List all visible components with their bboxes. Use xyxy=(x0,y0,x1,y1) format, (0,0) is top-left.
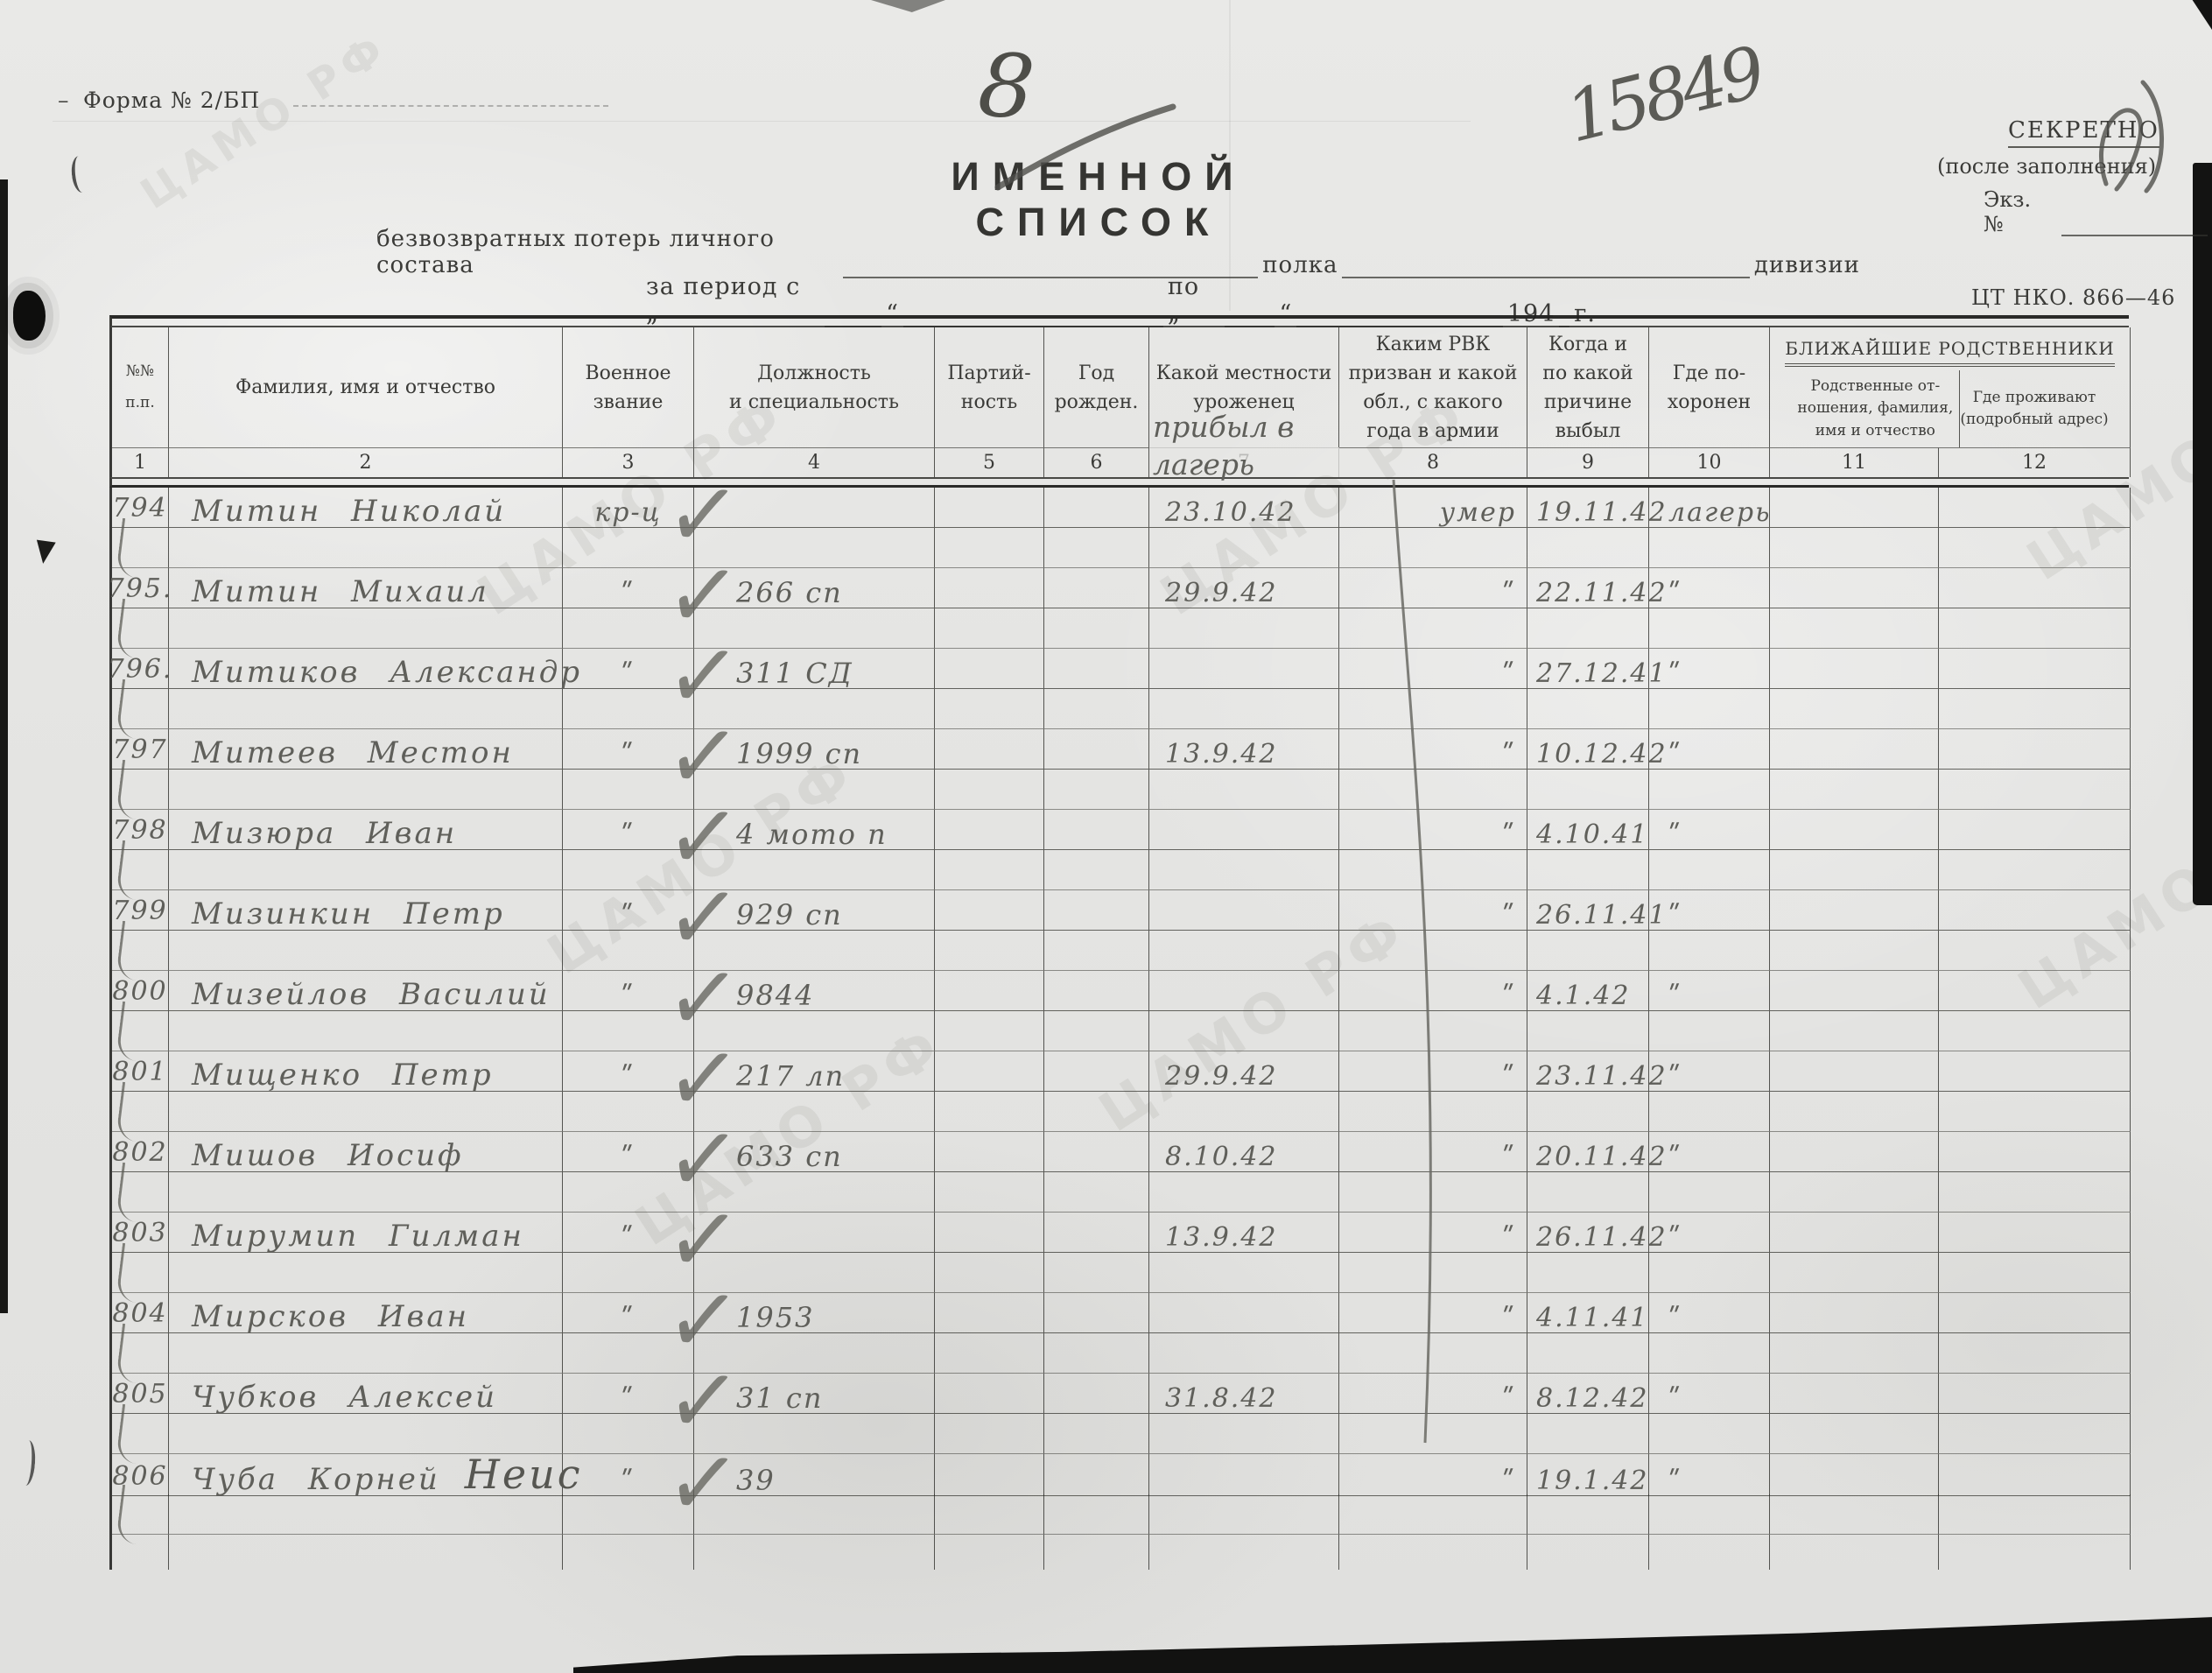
column-header: Где проживают (подробный адрес) xyxy=(1960,370,2108,447)
loss-date-cell: 10.12.42 xyxy=(1527,729,1649,770)
empty-cell xyxy=(563,1172,694,1213)
military-rank: ʺ xyxy=(621,983,636,1010)
empty-cell xyxy=(1649,931,1770,971)
unit-number-cell: 9844 xyxy=(694,971,935,1011)
party-cell-cell xyxy=(935,1454,1044,1496)
loss-date-cell: 4.10.41 xyxy=(1527,810,1649,850)
unit-number: 929 сп xyxy=(736,901,843,930)
unit-number: 39 xyxy=(736,1466,776,1495)
soldier-name: Мишов Иосиф xyxy=(192,1141,464,1171)
ruled-blank-row xyxy=(109,1253,2129,1293)
military-rank: ʺ xyxy=(621,1468,636,1495)
empty-cell xyxy=(1149,1414,1339,1454)
soldier-name: Мирумип Гилман xyxy=(192,1221,524,1252)
empty-cell xyxy=(1149,689,1339,729)
soldier-name-cell: Митин Михаил xyxy=(169,568,563,608)
scan-edge-right xyxy=(2193,163,2212,905)
empty-cell xyxy=(1939,1535,2131,1570)
column-header-label: Когда и по какой причине выбыл xyxy=(1542,330,1633,446)
empty-cell xyxy=(935,1172,1044,1213)
empty-cell xyxy=(169,1414,563,1454)
arrival-date-cell: 13.9.42 xyxy=(1149,1213,1339,1253)
ruled-blank-row xyxy=(109,1494,2129,1535)
empty-cell xyxy=(1339,1011,1527,1051)
cause-of-loss-cell: ʺ xyxy=(1339,1132,1527,1172)
military-rank: ʺ xyxy=(621,1225,636,1252)
empty-cell xyxy=(1149,1253,1339,1293)
empty-cell xyxy=(1149,931,1339,971)
empty-cell xyxy=(1149,850,1339,890)
soldier-name-cell: Мирумип Гилман xyxy=(169,1213,563,1253)
birth-year-cell-cell xyxy=(1044,971,1149,1011)
table-row: 803Мирумип Гилманʺ✓13.9.42ʺ26.11.42ʺ xyxy=(109,1213,2129,1253)
burial-place: ʺ xyxy=(1668,822,1682,849)
ruled-blank-row xyxy=(109,1092,2129,1132)
empty-cell xyxy=(1527,1011,1649,1051)
empty-cell xyxy=(1527,770,1649,810)
ruled-blank-row xyxy=(109,689,2129,729)
empty-cell xyxy=(935,1414,1044,1454)
relative-name-cell-cell xyxy=(1770,649,1939,689)
birth-year-cell-cell xyxy=(1044,649,1149,689)
military-rank: ʺ xyxy=(621,1064,636,1091)
relative-address-cell-cell xyxy=(1939,1213,2131,1253)
column-number: 11 xyxy=(1770,447,1939,477)
blank-line xyxy=(2061,229,2208,236)
empty-cell xyxy=(694,1092,935,1132)
column-number: 8 xyxy=(1339,447,1527,477)
empty-cell xyxy=(169,1172,563,1213)
relative-address-cell-cell xyxy=(1939,1454,2131,1496)
table-row: 797Митеев Местонʺ✓1999 сп13.9.42ʺ10.12.4… xyxy=(109,729,2129,770)
burial-place-cell: ʺ xyxy=(1649,729,1770,770)
loss-date: 22.11.42 xyxy=(1536,580,1668,608)
soldier-name-cell: Митин Николай xyxy=(169,488,563,528)
losses-table: №№ п.п.Фамилия, имя и отчествоВоенное зв… xyxy=(109,315,2129,1570)
military-rank-cell: ʺ✓ xyxy=(563,971,694,1011)
secret-stamp-subtext: (после заполнения) xyxy=(1937,154,2156,179)
empty-cell xyxy=(1770,1333,1939,1374)
form-code: ЦТ НКО. 866—46 xyxy=(1971,285,2175,310)
empty-cell xyxy=(169,689,563,729)
empty-cell xyxy=(563,1092,694,1132)
party-cell-cell xyxy=(935,810,1044,850)
party-cell-cell xyxy=(935,1293,1044,1333)
relative-address-cell-cell xyxy=(1939,729,2131,770)
burial-place-cell: ʺ xyxy=(1649,1132,1770,1172)
empty-cell xyxy=(935,689,1044,729)
empty-cell xyxy=(694,1253,935,1293)
column-number: 6 xyxy=(1044,447,1149,477)
burial-place-cell: ʺ xyxy=(1649,649,1770,689)
empty-cell xyxy=(1149,528,1339,568)
empty-cell xyxy=(169,1535,563,1570)
empty-cell xyxy=(1649,1535,1770,1570)
empty-cell xyxy=(1044,1253,1149,1293)
empty-cell xyxy=(563,528,694,568)
empty-cell xyxy=(1649,608,1770,649)
arrival-date-cell: 29.9.42 xyxy=(1149,568,1339,608)
loss-date-cell: 4.11.41 xyxy=(1527,1293,1649,1333)
unit-number-cell: 1999 сп xyxy=(694,729,935,770)
burial-place: ʺ xyxy=(1668,1064,1682,1091)
birth-year-cell-cell xyxy=(1044,890,1149,931)
birth-year-cell-cell xyxy=(1044,568,1149,608)
dotted-rule xyxy=(293,84,608,107)
relative-address-cell-cell xyxy=(1939,1374,2131,1414)
soldier-name: Мирсков Иван xyxy=(192,1302,469,1332)
burial-place-cell: ʺ xyxy=(1649,568,1770,608)
birth-year-cell-cell xyxy=(1044,1454,1149,1496)
empty-cell xyxy=(169,1253,563,1293)
table-row: 805Чубков Алексейʺ✓31 сп31.8.42ʺ8.12.42ʺ xyxy=(109,1374,2129,1414)
burial-place-cell: ʺ xyxy=(1649,890,1770,931)
column-number: 4 xyxy=(694,447,935,477)
cause-of-loss-cell: ʺ xyxy=(1339,1374,1527,1414)
row-number-cell: 798 xyxy=(112,810,169,850)
party-cell-cell xyxy=(935,649,1044,689)
empty-cell xyxy=(563,931,694,971)
column-number: 12 xyxy=(1939,447,2131,477)
handwritten-page-number: 8 xyxy=(975,33,1038,139)
column-header: Военное звание xyxy=(563,327,694,447)
arrival-date-cell xyxy=(1149,810,1339,850)
empty-cell xyxy=(1770,528,1939,568)
empty-cell xyxy=(563,1011,694,1051)
relative-address-cell-cell xyxy=(1939,1051,2131,1092)
table-row: 806Чуба КорнейНеисʺ✓39ʺ19.1.42ʺ xyxy=(109,1454,2129,1494)
ruled-blank-row xyxy=(109,850,2129,890)
row-number-cell: 803 xyxy=(112,1213,169,1253)
cause-of-loss: ʺ xyxy=(1502,903,1516,930)
empty-cell xyxy=(563,689,694,729)
column-header: Год рожден. xyxy=(1044,327,1149,447)
loss-date-cell: 8.12.42 xyxy=(1527,1374,1649,1414)
empty-cell xyxy=(1527,931,1649,971)
empty-cell xyxy=(1527,1494,1649,1535)
empty-cell xyxy=(1044,608,1149,649)
soldier-name: Мизейлов Василий xyxy=(192,980,551,1010)
empty-cell xyxy=(694,1494,935,1535)
relative-name-cell-cell xyxy=(1770,890,1939,931)
empty-cell xyxy=(1044,1092,1149,1132)
empty-cell xyxy=(1527,1414,1649,1454)
military-rank-cell: ʺ✓ xyxy=(563,1051,694,1092)
table-row: 802Мишов Иосифʺ✓633 сп8.10.42ʺ20.11.42ʺ xyxy=(109,1132,2129,1172)
ruled-blank-row xyxy=(109,1414,2129,1454)
military-rank: ʺ xyxy=(621,580,636,608)
empty-cell xyxy=(1770,1494,1939,1535)
row-number-cell: 804 xyxy=(112,1293,169,1333)
empty-cell xyxy=(563,770,694,810)
cause-of-loss-cell: ʺ xyxy=(1339,649,1527,689)
party-cell-cell xyxy=(935,568,1044,608)
empty-cell xyxy=(694,931,935,971)
burial-place: ʺ xyxy=(1668,580,1682,608)
empty-cell xyxy=(169,608,563,649)
cause-of-loss: ʺ xyxy=(1502,1468,1516,1495)
military-rank: ʺ xyxy=(621,822,636,849)
soldier-name-cell: Чубков Алексей xyxy=(169,1374,563,1414)
empty-cell xyxy=(935,1092,1044,1132)
relative-address-cell-cell xyxy=(1939,568,2131,608)
copy-number-label: Экз. № xyxy=(1984,187,2057,236)
empty-cell xyxy=(694,1172,935,1213)
relatives-subheaders: Родственные от- ношения, фамилия, имя и … xyxy=(1791,370,2108,447)
cause-of-loss: ʺ xyxy=(1502,1064,1516,1091)
soldier-name: Мизинкин Петр xyxy=(192,899,505,930)
soldier-name-cell: Мишов Иосиф xyxy=(169,1132,563,1172)
relative-address-cell-cell xyxy=(1939,810,2131,850)
empty-cell xyxy=(1044,1011,1149,1051)
cause-of-loss-cell: ʺ xyxy=(1339,1293,1527,1333)
arrival-date: 23.10.42 xyxy=(1165,500,1296,527)
column-header: Партий- ность xyxy=(935,327,1044,447)
empty-cell xyxy=(1939,770,2131,810)
empty-cell xyxy=(1649,528,1770,568)
column-number: 3 xyxy=(563,447,694,477)
soldier-name-cell: Чуба КорнейНеис xyxy=(169,1454,563,1496)
empty-cell xyxy=(1527,1253,1649,1293)
empty-cell xyxy=(563,1414,694,1454)
military-rank: ʺ xyxy=(621,1386,636,1413)
burial-place: ʺ xyxy=(1668,983,1682,1010)
empty-cell xyxy=(1770,850,1939,890)
paper-fold-mark xyxy=(18,1439,37,1486)
arrival-date-cell: 13.9.42 xyxy=(1149,729,1339,770)
relatives-group-title: БЛИЖАЙШИЕ РОДСТВЕННИКИ xyxy=(1785,338,2114,367)
empty-cell xyxy=(1339,1172,1527,1213)
table-row: 801Мищенко Петрʺ✓217 лп29.9.42ʺ23.11.42ʺ xyxy=(109,1051,2129,1092)
cause-of-loss: ʺ xyxy=(1502,822,1516,849)
unit-number-cell: 217 лп xyxy=(694,1051,935,1092)
relative-name-cell-cell xyxy=(1770,1293,1939,1333)
subtitle-text: безвозвратных потерь личного состава xyxy=(376,226,839,278)
empty-cell xyxy=(1149,1011,1339,1051)
empty-cell xyxy=(1649,689,1770,729)
burial-place: ʺ xyxy=(1668,661,1682,688)
table-row: 795.Митин Михаилʺ✓266 сп29.9.42ʺ22.11.42… xyxy=(109,568,2129,608)
loss-date: 26.11.41 xyxy=(1536,903,1668,930)
burial-place: лагерь xyxy=(1668,500,1771,527)
empty-cell xyxy=(694,689,935,729)
soldier-name-cell: Митеев Местон xyxy=(169,729,563,770)
cause-of-loss-cell: ʺ xyxy=(1339,1454,1527,1496)
empty-cell xyxy=(1939,850,2131,890)
relative-name-cell-cell xyxy=(1770,1213,1939,1253)
soldier-name: Мищенко Петр xyxy=(192,1060,494,1091)
copy-number-line: Экз. № xyxy=(1984,187,2212,236)
table-row: 799Мизинкин Петрʺ✓929 спʺ26.11.41ʺ xyxy=(109,890,2129,931)
cause-of-loss: ʺ xyxy=(1502,742,1516,769)
empty-cell xyxy=(1339,1494,1527,1535)
paper-tear-mark xyxy=(33,540,55,566)
empty-cell xyxy=(1649,1494,1770,1535)
relative-address-cell-cell xyxy=(1939,1132,2131,1172)
empty-cell xyxy=(1044,770,1149,810)
table-rule xyxy=(109,477,2129,488)
loss-date-cell: 20.11.42 xyxy=(1527,1132,1649,1172)
unit-number: 217 лп xyxy=(736,1062,845,1091)
empty-cell xyxy=(694,850,935,890)
loss-date-cell: 23.11.42 xyxy=(1527,1051,1649,1092)
unit-number-cell: 39 xyxy=(694,1454,935,1496)
empty-cell xyxy=(563,1333,694,1374)
arrival-date-cell: 31.8.42 xyxy=(1149,1374,1339,1414)
cause-of-loss-cell: ʺ xyxy=(1339,568,1527,608)
empty-cell xyxy=(935,608,1044,649)
unit-number-cell: 266 сп xyxy=(694,568,935,608)
military-rank: ʺ xyxy=(621,1144,636,1171)
birth-year-cell-cell xyxy=(1044,1132,1149,1172)
empty-cell xyxy=(1149,608,1339,649)
empty-cell xyxy=(1044,528,1149,568)
burial-place: ʺ xyxy=(1668,1468,1682,1495)
column-number: 9 xyxy=(1527,447,1649,477)
relative-address-cell-cell xyxy=(1939,971,2131,1011)
empty-cell xyxy=(1339,689,1527,729)
unit-number-cell: 31 сп xyxy=(694,1374,935,1414)
empty-cell xyxy=(1339,1414,1527,1454)
unit-number-cell xyxy=(694,488,935,528)
empty-cell xyxy=(1527,1535,1649,1570)
relative-address-cell-cell xyxy=(1939,488,2131,528)
party-cell-cell xyxy=(935,1051,1044,1092)
cause-of-loss-cell: ʺ xyxy=(1339,971,1527,1011)
empty-cell xyxy=(1649,1011,1770,1051)
row-number-cell: 796. xyxy=(112,649,169,689)
cause-of-loss: ʺ xyxy=(1502,1305,1516,1332)
party-cell-cell xyxy=(935,1374,1044,1414)
column-header: Родственные от- ношения, фамилия, имя и … xyxy=(1791,370,1960,447)
loss-date: 26.11.42 xyxy=(1536,1225,1668,1252)
paper-crease xyxy=(53,121,1471,122)
column-header-label: Где по- хоронен xyxy=(1668,359,1751,417)
column-header-label: Должность и специальность xyxy=(729,359,899,417)
unit-number-cell: 4 мото п xyxy=(694,810,935,850)
cause-of-loss-cell: ʺ xyxy=(1339,810,1527,850)
table-row: 800Мизейлов Василийʺ✓9844ʺ4.1.42ʺ xyxy=(109,971,2129,1011)
column-header-label: Каким РВК призван и какой обл., с какого… xyxy=(1349,330,1518,446)
loss-date-cell: 19.11.42 xyxy=(1527,488,1649,528)
empty-cell xyxy=(1339,1333,1527,1374)
empty-cell xyxy=(1339,770,1527,810)
cause-of-loss: умер xyxy=(1440,500,1516,527)
empty-cell xyxy=(169,850,563,890)
empty-cell xyxy=(1939,689,2131,729)
arrival-date-cell xyxy=(1149,890,1339,931)
empty-cell xyxy=(169,770,563,810)
relative-address-cell-cell xyxy=(1939,649,2131,689)
empty-cell xyxy=(563,850,694,890)
loss-date-cell: 4.1.42 xyxy=(1527,971,1649,1011)
empty-cell xyxy=(1770,931,1939,971)
burial-place-cell: ʺ xyxy=(1649,971,1770,1011)
cause-of-loss-cell: ʺ xyxy=(1339,729,1527,770)
empty-cell xyxy=(1527,528,1649,568)
burial-place-cell: ʺ xyxy=(1649,1051,1770,1092)
party-cell-cell xyxy=(935,488,1044,528)
empty-cell xyxy=(1339,1092,1527,1132)
empty-cell xyxy=(694,1011,935,1051)
empty-cell xyxy=(1649,850,1770,890)
military-rank-cell: ʺ✓ xyxy=(563,1454,694,1496)
scan-corner xyxy=(2184,0,2212,30)
table-rule xyxy=(109,315,2129,327)
column-header: Каким РВК призван и какой обл., с какого… xyxy=(1339,327,1527,447)
party-cell-cell xyxy=(935,729,1044,770)
loss-date: 10.12.42 xyxy=(1536,742,1668,769)
empty-cell xyxy=(1527,1092,1649,1132)
empty-cell xyxy=(1770,1092,1939,1132)
row-number-cell: 797 xyxy=(112,729,169,770)
military-rank: ʺ xyxy=(621,1305,636,1332)
cause-of-loss-cell: ʺ xyxy=(1339,1051,1527,1092)
empty-cell xyxy=(112,1535,169,1570)
empty-cell xyxy=(169,931,563,971)
arrival-date: 13.9.42 xyxy=(1165,742,1278,769)
empty-cell xyxy=(1527,608,1649,649)
row-number-cell: 794 xyxy=(112,488,169,528)
soldier-name: Митин Михаил xyxy=(192,577,489,608)
loss-date-cell: 26.11.42 xyxy=(1527,1213,1649,1253)
unit-number: 1999 сп xyxy=(736,740,862,769)
relative-name-cell-cell xyxy=(1770,1374,1939,1414)
empty-cell xyxy=(1649,1092,1770,1132)
arrival-date: 29.9.42 xyxy=(1165,580,1278,608)
relative-name-cell-cell xyxy=(1770,568,1939,608)
empty-cell xyxy=(1939,1253,2131,1293)
empty-cell xyxy=(1939,1333,2131,1374)
empty-cell xyxy=(935,850,1044,890)
relative-address-cell-cell xyxy=(1939,1293,2131,1333)
military-rank-cell: ʺ✓ xyxy=(563,1293,694,1333)
column-header-label: Партий- ность xyxy=(947,359,1030,417)
column-number: 2 xyxy=(169,447,563,477)
arrival-date-cell xyxy=(1149,1293,1339,1333)
column-number: 10 xyxy=(1649,447,1770,477)
loss-date: 4.10.41 xyxy=(1536,822,1649,849)
empty-cell xyxy=(563,1253,694,1293)
row-number-cell: 799 xyxy=(112,890,169,931)
empty-cell xyxy=(1649,1253,1770,1293)
empty-cell xyxy=(169,528,563,568)
empty-cell xyxy=(1339,608,1527,649)
empty-cell xyxy=(1649,1172,1770,1213)
empty-cell xyxy=(169,1011,563,1051)
burial-place-cell: лагерь xyxy=(1649,488,1770,528)
empty-cell xyxy=(1649,770,1770,810)
arrival-date: 29.9.42 xyxy=(1165,1064,1278,1091)
unit-number-cell: 311 СД xyxy=(694,649,935,689)
cause-of-loss: ʺ xyxy=(1502,1144,1516,1171)
party-cell-cell xyxy=(935,890,1044,931)
empty-cell xyxy=(1149,1172,1339,1213)
loss-date: 4.1.42 xyxy=(1536,983,1630,1010)
empty-cell xyxy=(694,608,935,649)
empty-cell xyxy=(1527,850,1649,890)
empty-cell xyxy=(1939,608,2131,649)
soldier-name-cell: Мизюра Иван xyxy=(169,810,563,850)
row-number-cell: 805 xyxy=(112,1374,169,1414)
table-header-row: №№ п.п.Фамилия, имя и отчествоВоенное зв… xyxy=(109,327,2129,447)
soldier-name: Чуба Корней xyxy=(192,1465,440,1495)
secret-stamp: СЕКРЕТНО xyxy=(2008,117,2159,148)
column-header: Где по- хоронен xyxy=(1649,327,1770,447)
empty-cell xyxy=(1149,1494,1339,1535)
soldier-name: Мизюра Иван xyxy=(192,819,457,849)
column-header-label: Год рожден. xyxy=(1055,359,1139,417)
